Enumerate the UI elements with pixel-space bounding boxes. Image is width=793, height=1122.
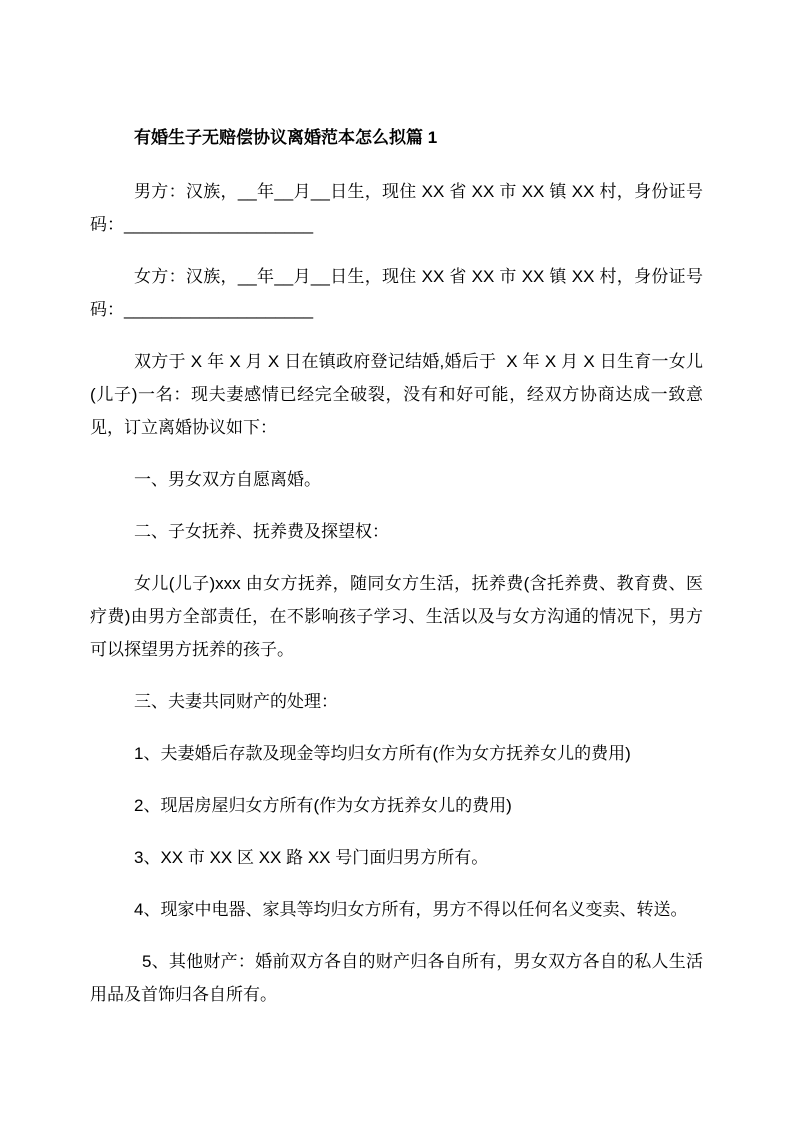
- property-item-3: 3、XX 市 XX 区 XX 路 XX 号门面归男方所有。: [90, 841, 703, 874]
- property-item-4: 4、现家中电器、家具等均归女方所有，男方不得以任何名义变卖、转送。: [90, 893, 703, 926]
- para-custody-terms: 女儿(儿子)xxx 由女方抚养，随同女方生活，抚养费(含托养费、教育费、医疗费)…: [90, 567, 703, 666]
- clause-three-property-heading: 三、夫妻共同财产的处理：: [90, 685, 703, 718]
- clause-one-voluntary-divorce: 一、男女双方自愿离婚。: [90, 463, 703, 496]
- clause-two-custody-heading: 二、子女抚养、抚养费及探望权：: [90, 515, 703, 548]
- property-item-1: 1、夫妻婚后存款及现金等均归女方所有(作为女方抚养女儿的费用): [90, 737, 703, 770]
- property-item-5: 5、其他财产：婚前双方各自的财产归各自所有，男女双方各自的私人生活用品及首饰归各…: [90, 945, 703, 1011]
- para-wife-info: 女方：汉族，__年__月__日生，现住 XX 省 XX 市 XX 镇 XX 村，…: [90, 260, 703, 326]
- para-husband-info: 男方：汉族，__年__月__日生，现住 XX 省 XX 市 XX 镇 XX 村，…: [90, 175, 703, 241]
- document-page: 有婚生子无赔偿协议离婚范本怎么拟篇 1 男方：汉族，__年__月__日生，现住 …: [0, 0, 793, 1122]
- property-item-2: 2、现居房屋归女方所有(作为女方抚养女儿的费用): [90, 789, 703, 822]
- doc-title: 有婚生子无赔偿协议离婚范本怎么拟篇 1: [90, 121, 703, 154]
- para-marriage-background: 双方于 X 年 X 月 X 日在镇政府登记结婚,婚后于 X 年 X 月 X 日生…: [90, 345, 703, 444]
